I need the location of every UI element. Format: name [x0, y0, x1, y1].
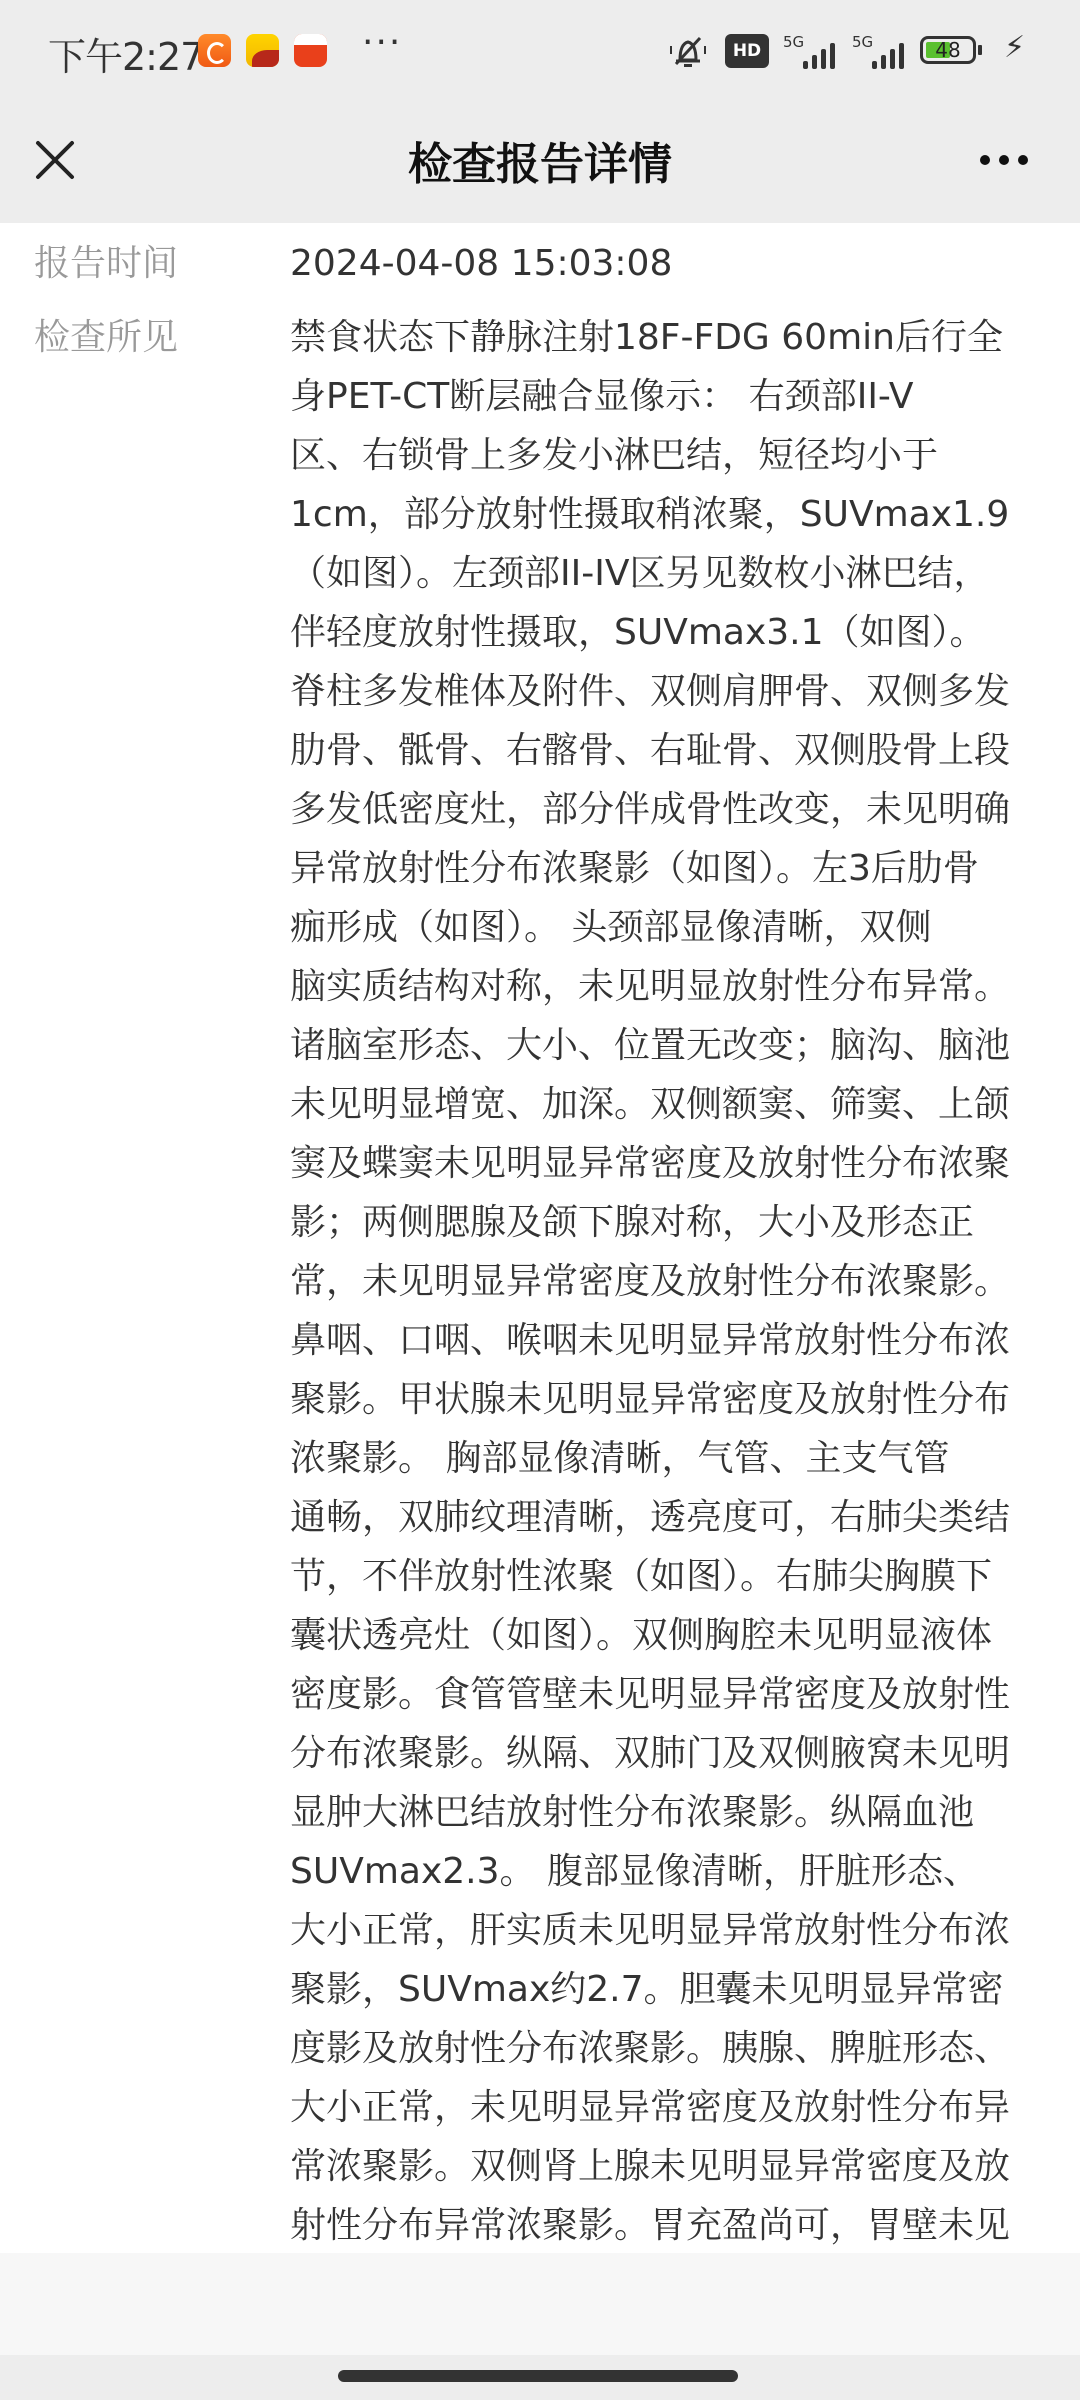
silent-bell-icon: [668, 34, 708, 68]
battery-icon: 48: [920, 36, 976, 64]
more-options-icon[interactable]: [975, 140, 1035, 180]
report-time-label: 报告时间: [34, 234, 178, 293]
sohu-notification-icon: [246, 34, 279, 67]
status-bar: 下午2:27 ··· HD 5G 5G 48 ⚡: [0, 0, 1080, 100]
signal-strength-icon-2: 5G: [852, 33, 912, 69]
charging-icon: ⚡: [1004, 30, 1025, 65]
hd-voice-badge: HD: [725, 34, 769, 68]
report-detail-content[interactable]: 报告时间 2024-04-08 15:03:08 检查所见 禁食状态下静脉注射1…: [0, 223, 1080, 2253]
findings-text: 禁食状态下静脉注射18F-FDG 60min后行全 身PET-CT断层融合显像示…: [290, 308, 1050, 2253]
home-indicator[interactable]: [338, 2370, 738, 2382]
nav-bar: 检查报告详情: [0, 100, 1080, 223]
uc-browser-notification-icon: [198, 34, 231, 67]
more-notifications-icon: ···: [362, 22, 402, 63]
status-time: 下午2:27: [48, 26, 203, 81]
findings-label: 检查所见: [34, 308, 178, 367]
bottom-toolbar-area: [0, 2253, 1080, 2355]
tomato-novel-notification-icon: [294, 34, 327, 67]
battery-tip: [978, 45, 982, 55]
signal-strength-icon-1: 5G: [783, 33, 839, 69]
battery-level: 48: [923, 38, 973, 62]
report-time-value: 2024-04-08 15:03:08: [290, 234, 1050, 293]
page-title: 检查报告详情: [0, 128, 1080, 192]
